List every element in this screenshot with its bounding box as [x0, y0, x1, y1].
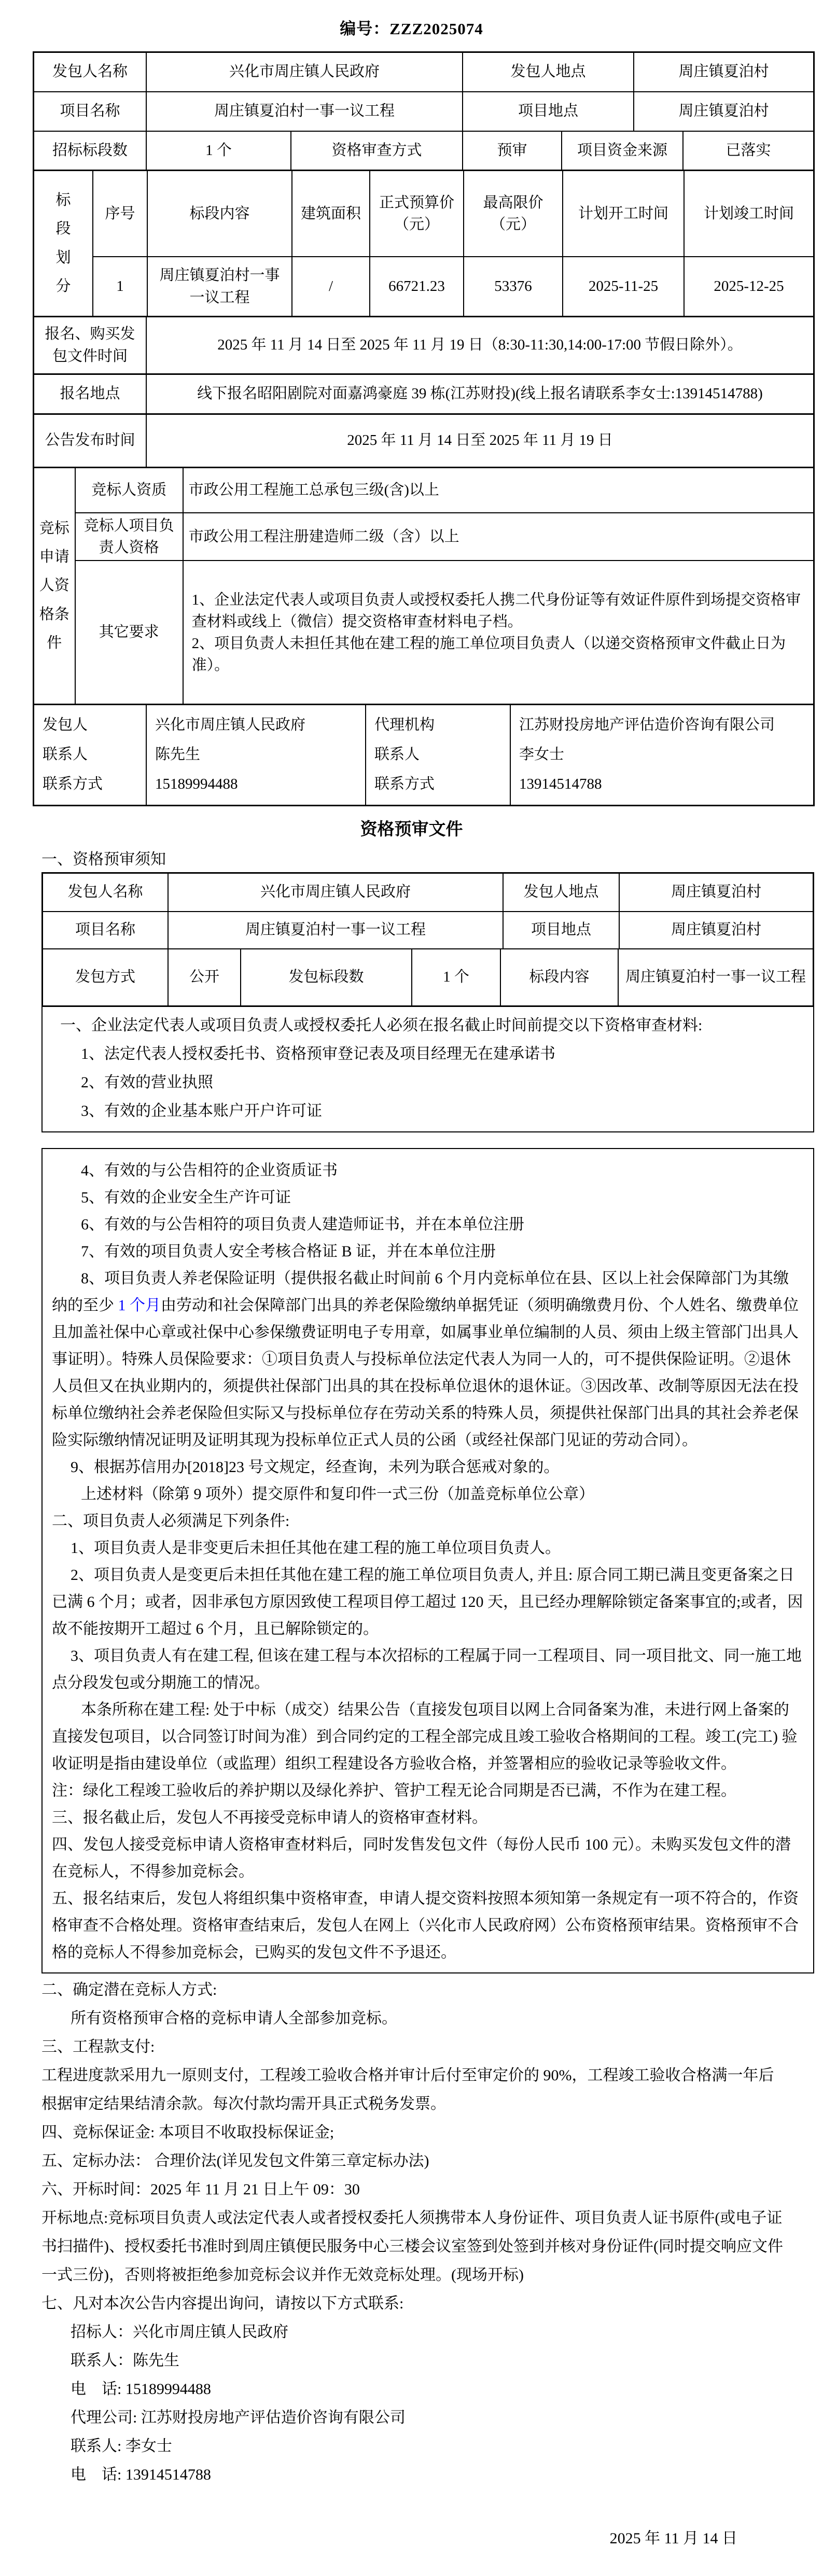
contact-person-label: 联系人 — [43, 745, 88, 765]
section-header-row: 序号 标段内容 建筑面积 正式预算价（元） 最高限价（元） 计划开工时间 计划竣… — [93, 171, 813, 256]
signup-place-value: 线下报名昭阳剧院对面嘉鸿豪庭 39 栋(江苏财投)(线上报名请联系李女士:139… — [146, 375, 813, 413]
col-header-ceiling: 最高限价（元） — [463, 171, 562, 256]
payment-title: 三、工程款支付: — [41, 2033, 783, 2061]
signup-time-label: 报名、购买发包文件时间 — [34, 317, 146, 373]
materials-note: 上述材料（除第 9 项外）提交原件和复印件一式三份（加盖竞标单位公章） — [52, 1481, 804, 1508]
project-name-value: 周庄镇夏泊村一事一议工程 — [168, 912, 503, 948]
fund-source-value: 已落实 — [682, 132, 813, 170]
contact-line: 代理公司: 江苏财投房地产评估造价咨询有限公司 — [41, 2403, 783, 2432]
contact-method-label: 联系方式 — [43, 775, 103, 794]
contact-method-label: 联系方式 — [374, 775, 435, 794]
award-method-text: 五、定标办法： 合理价法(详见发包文件第三章定标办法) — [41, 2147, 783, 2175]
employer-contact-labels: 发包人 联系人 联系方式 — [34, 705, 146, 805]
qualification-side-label: 竞标 申请 人资 格条 件 — [34, 468, 75, 704]
determine-bidders-body: 所有资格预审合格的竞标申请人全部参加竞标。 — [41, 2004, 783, 2033]
budget-value: 66721.23 — [369, 257, 463, 316]
vertical-char: 格条 — [39, 600, 69, 629]
employer-name-label: 发包人名称 — [34, 53, 146, 91]
table-row: 竞标人资质 市政公用工程施工总承包三级(含)以上 — [76, 468, 813, 512]
finish-date-value: 2025-12-25 — [683, 257, 813, 316]
employer-name: 兴化市周庄镇人民政府 — [155, 716, 305, 735]
announce-time-label: 公告发布时间 — [34, 415, 146, 467]
other-requirement-item: 2、项目负责人未担任其他在建工程的施工单位项目负责人（以递交资格预审文件截止日为… — [192, 633, 805, 676]
col-header-finish: 计划竣工时间 — [683, 171, 813, 256]
table-row: 竞标人项目负责人资格 市政公用工程注册建造师二级（含）以上 — [76, 512, 813, 560]
contract-sections-label: 发包标段数 — [240, 949, 411, 1005]
opening-time-text: 六、开标时间：2025 年 11 月 21 日上午 09：30 — [41, 2175, 783, 2204]
opening-place-text: 开标地点:竞标项目负责人或法定代表人或者授权委托人须携带本人身份证件、项目负责人… — [41, 2204, 783, 2289]
agency-contact-labels: 代理机构 联系人 联系方式 — [365, 705, 510, 805]
content-value: 周庄镇夏泊村一事一议工程 — [147, 257, 291, 316]
vertical-char: 人资 — [39, 571, 69, 600]
vertical-char: 标 — [55, 186, 71, 215]
employer-place-label: 发包人地点 — [462, 53, 633, 91]
contacts-row: 发包人 联系人 联系方式 兴化市周庄镇人民政府 陈先生 15189994488 … — [34, 704, 813, 805]
contact-line: 联系人：陈先生 — [41, 2346, 783, 2375]
prequalification-notice-table: 发包人名称 兴化市周庄镇人民政府 发包人地点 周庄镇夏泊村 项目名称 周庄镇夏泊… — [41, 872, 814, 1007]
review-method-label: 资格审查方式 — [290, 132, 462, 170]
fund-source-label: 项目资金来源 — [561, 132, 682, 170]
project-place-label: 项目地点 — [462, 92, 633, 131]
table-row: 发包方式 公开 发包标段数 1 个 标段内容 周庄镇夏泊村一事一议工程 — [43, 948, 813, 1005]
col-header-seq: 序号 — [93, 171, 147, 256]
document-page: 编号：ZZZ2025074 发包人名称 兴化市周庄镇人民政府 发包人地点 周庄镇… — [0, 0, 823, 2576]
contact-person-name: 陈先生 — [155, 745, 200, 765]
material-item: 9、根据苏信用办[2018]23 号文规定，经查询，未列为联合惩戒对象的。 — [52, 1454, 804, 1481]
area-value: / — [291, 257, 369, 316]
section-division-block: 标 段 划 分 序号 标段内容 建筑面积 正式预算价（元） 最高限价（元） 计划… — [34, 170, 813, 316]
condition-item: 2、项目负责人是变更后未担任其他在建工程的施工单位项目负责人, 并且: 原合同工… — [52, 1562, 804, 1643]
contact-person-name: 李女士 — [519, 745, 564, 765]
project-place-value: 周庄镇夏泊村 — [633, 92, 813, 131]
contact-line: 联系人: 李女士 — [41, 2432, 783, 2460]
vertical-char: 申请 — [39, 543, 69, 571]
materials-intro: 一、企业法定代表人或项目负责人或授权委托人必须在报名截止时间前提交以下资格审查材… — [52, 1011, 804, 1040]
employer-place-value: 周庄镇夏泊村 — [633, 53, 813, 91]
vertical-char: 件 — [47, 629, 62, 657]
signup-time-value: 2025 年 11 月 14 日至 2025 年 11 月 19 日（8:30-… — [146, 317, 813, 373]
bidder-qualification-value: 市政公用工程施工总承包三级(含)以上 — [183, 468, 813, 512]
employer-name-label: 发包人名称 — [43, 874, 168, 911]
col-header-content: 标段内容 — [147, 171, 291, 256]
table-row: 项目名称 周庄镇夏泊村一事一议工程 项目地点 周庄镇夏泊村 — [34, 91, 813, 131]
start-date-value: 2025-11-25 — [562, 257, 683, 316]
pm-qualification-value: 市政公用工程注册建造师二级（含）以上 — [183, 513, 813, 560]
project-summary-table: 发包人名称 兴化市周庄镇人民政府 发包人地点 周庄镇夏泊村 项目名称 周庄镇夏泊… — [33, 51, 815, 806]
project-place-value: 周庄镇夏泊村 — [619, 912, 813, 948]
material-item: 6、有效的与公告相符的项目负责人建造师证书，并在本单位注册 — [52, 1211, 804, 1238]
table-row: 其它要求 1、企业法定代表人或项目负责人或授权委托人携二代身份证等有效证件原件到… — [76, 560, 813, 704]
qualification-right: 竞标人资质 市政公用工程施工总承包三级(含)以上 竞标人项目负责人资格 市政公用… — [75, 468, 813, 704]
section-division-right: 序号 标段内容 建筑面积 正式预算价（元） 最高限价（元） 计划开工时间 计划竣… — [92, 171, 813, 316]
col-header-budget: 正式预算价（元） — [369, 171, 463, 256]
table-row: 发包人名称 兴化市周庄镇人民政府 发包人地点 周庄镇夏泊村 — [43, 874, 813, 911]
agency-name: 江苏财投房地产评估造价咨询有限公司 — [519, 716, 775, 735]
project-name-value: 周庄镇夏泊村一事一议工程 — [146, 92, 462, 131]
other-requirements-label: 其它要求 — [76, 561, 183, 704]
employer-name-value: 兴化市周庄镇人民政府 — [168, 874, 503, 911]
project-place-label: 项目地点 — [503, 912, 619, 948]
col-header-start: 计划开工时间 — [562, 171, 683, 256]
project-name-label: 项目名称 — [43, 912, 168, 948]
section2-title: 二、项目负责人必须满足下列条件: — [52, 1508, 804, 1535]
table-row: 报名地点 线下报名昭阳剧院对面嘉鸿豪庭 39 栋(江苏财投)(线上报名请联系李女… — [34, 373, 813, 413]
section-count-value: 1 个 — [146, 132, 290, 170]
employer-contact-values: 兴化市周庄镇人民政府 陈先生 15189994488 — [146, 705, 365, 805]
col-header-area: 建筑面积 — [291, 171, 369, 256]
vertical-char: 竞标 — [39, 514, 69, 543]
material-item: 7、有效的项目负责人安全考核合格证 B 证，并在本单位注册 — [52, 1238, 804, 1265]
document-date: 2025 年 11 月 14 日 — [0, 2525, 823, 2548]
material-item: 2、有效的营业执照 — [52, 1068, 804, 1097]
document-body: 二、确定潜在竞标人方式: 所有资格预审合格的竞标申请人全部参加竞标。 三、工程款… — [41, 1976, 783, 2489]
section3-text: 三、报名截止后，发包人不再接受竞标申请人的资格审查材料。 — [52, 1804, 804, 1831]
contact-phone: 13914514788 — [519, 775, 602, 794]
qualification-block: 竞标 申请 人资 格条 件 竞标人资质 市政公用工程施工总承包三级(含)以上 竞… — [34, 467, 813, 704]
contact-person-label: 联系人 — [374, 745, 420, 765]
other-requirements-value: 1、企业法定代表人或项目负责人或授权委托人携二代身份证等有效证件原件到场提交资格… — [183, 561, 813, 704]
contact-line: 招标人：兴化市周庄镇人民政府 — [41, 2318, 783, 2346]
agency-contact-values: 江苏财投房地产评估造价咨询有限公司 李女士 13914514788 — [510, 705, 813, 805]
conditions-box: 4、有效的与公告相符的企业资质证书 5、有效的企业安全生产许可证 6、有效的与公… — [41, 1148, 814, 1973]
condition-item: 3、项目负责人有在建工程, 但该在建工程与本次招标的工程属于同一工程项目、同一项… — [52, 1643, 804, 1697]
document-number: 编号：ZZZ2025074 — [0, 0, 823, 39]
review-method-value: 预审 — [462, 132, 561, 170]
section4-text: 四、发包人接受竞标申请人资格审查材料后，同时发售发包文件（每份人民币 100 元… — [52, 1831, 804, 1885]
payment-body: 工程进度款采用九一原则支付，工程竣工验收合格并审计后付至审定价的 90%，工程竣… — [41, 2061, 783, 2118]
employer-name-value: 兴化市周庄镇人民政府 — [146, 53, 462, 91]
item8-highlight-blue: 1 个月 — [118, 1297, 161, 1314]
agency-label: 代理机构 — [374, 716, 435, 735]
section1-title: 一、资格预审须知 — [41, 846, 823, 869]
material-item-8: 8、项目负责人养老保险证明（提供报名截止时间前 6 个月内竞标单位在县、区以上社… — [52, 1265, 804, 1454]
contact-phone: 15189994488 — [155, 775, 238, 794]
section-data-row: 1 周庄镇夏泊村一事一议工程 / 66721.23 53376 2025-11-… — [93, 256, 813, 316]
item8-text: 由劳动和社会保障部门出具的养老保险缴纳单据凭证（须明确缴费月份、个人姓名、缴费单… — [52, 1297, 799, 1449]
announce-time-value: 2025 年 11 月 14 日至 2025 年 11 月 19 日 — [146, 415, 813, 467]
condition-item: 1、项目负责人是非变更后未担任其他在建工程的施工单位项目负责人。 — [52, 1535, 804, 1562]
document-heading: 资格预审文件 — [0, 816, 823, 840]
in-progress-definition: 本条所称在建工程: 处于中标（成交）结果公告（直接发包项目以网上合同备案为准，未… — [52, 1697, 804, 1777]
inquiry-text: 七、凡对本次公告内容提出询问，请按以下方式联系: — [41, 2289, 783, 2318]
vertical-char: 划 — [55, 244, 71, 272]
table-row: 发包人名称 兴化市周庄镇人民政府 发包人地点 周庄镇夏泊村 — [34, 53, 813, 91]
signup-place-label: 报名地点 — [34, 375, 146, 413]
contact-line: 电 话: 13914514788 — [41, 2460, 783, 2489]
contract-method-label: 发包方式 — [43, 949, 168, 1005]
employer-place-label: 发包人地点 — [503, 874, 619, 911]
deposit-text: 四、竞标保证金: 本项目不收取投标保证金; — [41, 2118, 783, 2147]
ceiling-value: 53376 — [463, 257, 562, 316]
bidder-qualification-label: 竞标人资质 — [76, 468, 183, 512]
material-item: 1、法定代表人授权委托书、资格预审登记表及项目经理无在建承诺书 — [52, 1040, 804, 1068]
contact-line: 电 话: 15189994488 — [41, 2375, 783, 2403]
contract-sections-value: 1 个 — [411, 949, 500, 1005]
section-count-label: 招标标段数 — [34, 132, 146, 170]
table-row: 报名、购买发包文件时间 2025 年 11 月 14 日至 2025 年 11 … — [34, 316, 813, 373]
section-content-value: 周庄镇夏泊村一事一议工程 — [618, 949, 813, 1005]
vertical-char: 分 — [55, 272, 71, 301]
seq-value: 1 — [93, 257, 147, 316]
other-requirement-item: 1、企业法定代表人或项目负责人或授权委托人携二代身份证等有效证件原件到场提交资格… — [192, 589, 805, 633]
determine-bidders-title: 二、确定潜在竞标人方式: — [41, 1976, 783, 2004]
section-content-label: 标段内容 — [500, 949, 618, 1005]
vertical-char: 段 — [55, 215, 71, 243]
employer-label: 发包人 — [43, 716, 88, 735]
materials-box: 一、企业法定代表人或项目负责人或授权委托人必须在报名截止时间前提交以下资格审查材… — [41, 1007, 814, 1132]
section5-text: 五、报名结束后，发包人将组织集中资格审查，申请人提交资料按照本须知第一条规定有一… — [52, 1885, 804, 1966]
material-item: 4、有效的与公告相符的企业资质证书 — [52, 1157, 804, 1184]
employer-place-value: 周庄镇夏泊村 — [619, 874, 813, 911]
table-row: 公告发布时间 2025 年 11 月 14 日至 2025 年 11 月 19 … — [34, 413, 813, 467]
pm-qualification-label: 竞标人项目负责人资格 — [76, 513, 183, 560]
contract-method-value: 公开 — [168, 949, 240, 1005]
table-row: 招标标段数 1 个 资格审查方式 预审 项目资金来源 已落实 — [34, 131, 813, 170]
greening-remark: 注：绿化工程竣工验收后的养护期以及绿化养护、管护工程无论合同期是否已满，不作为在… — [52, 1777, 804, 1804]
material-item: 3、有效的企业基本账户开户许可证 — [52, 1097, 804, 1125]
section-division-side-label: 标 段 划 分 — [34, 171, 92, 316]
table-row: 项目名称 周庄镇夏泊村一事一议工程 项目地点 周庄镇夏泊村 — [43, 911, 813, 948]
project-name-label: 项目名称 — [34, 92, 146, 131]
material-item: 5、有效的企业安全生产许可证 — [52, 1184, 804, 1211]
